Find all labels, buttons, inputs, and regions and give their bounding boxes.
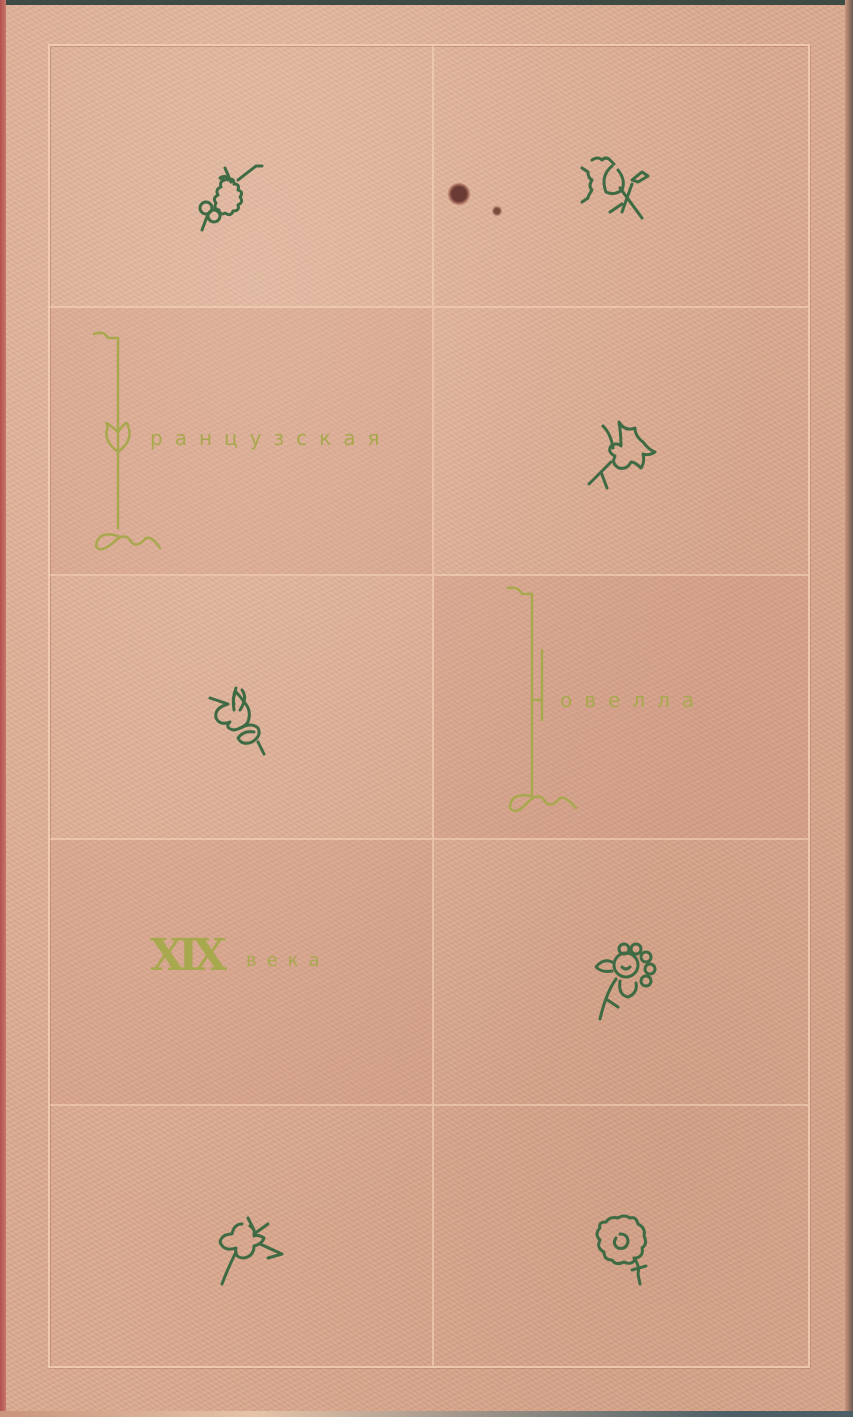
title-line-1: Ф ранцузская — [86, 326, 426, 562]
stain-mark-small — [492, 205, 502, 217]
cover-bottom-edge — [0, 1411, 853, 1417]
spine-edge — [0, 0, 6, 1417]
flower-ornament-rose-bow-icon — [570, 140, 660, 230]
flower-ornament-peony-icon — [576, 1198, 666, 1288]
subtitle-line: XIX века — [150, 930, 410, 1010]
flower-ornament-tulip-icon — [575, 402, 665, 492]
subtitle-word-veka: века — [246, 950, 330, 971]
title-line-2: Н овелла — [500, 584, 800, 820]
cover-top-edge — [0, 0, 853, 5]
title-word-frantsuzskaya: ранцузская — [150, 426, 391, 450]
roman-numeral-xix: XIX — [150, 930, 221, 981]
title-word-novella: овелла — [560, 688, 706, 712]
flower-ornament-lily-icon — [198, 1200, 288, 1290]
cover-right-edge — [845, 0, 853, 1417]
flower-ornament-daisy-icon — [580, 935, 670, 1025]
book-cover: Ф ранцузская Н овелла XIX века — [0, 0, 853, 1417]
flower-ornament-bud-icon — [192, 668, 282, 758]
flower-ornament-grape-icon — [190, 150, 280, 240]
